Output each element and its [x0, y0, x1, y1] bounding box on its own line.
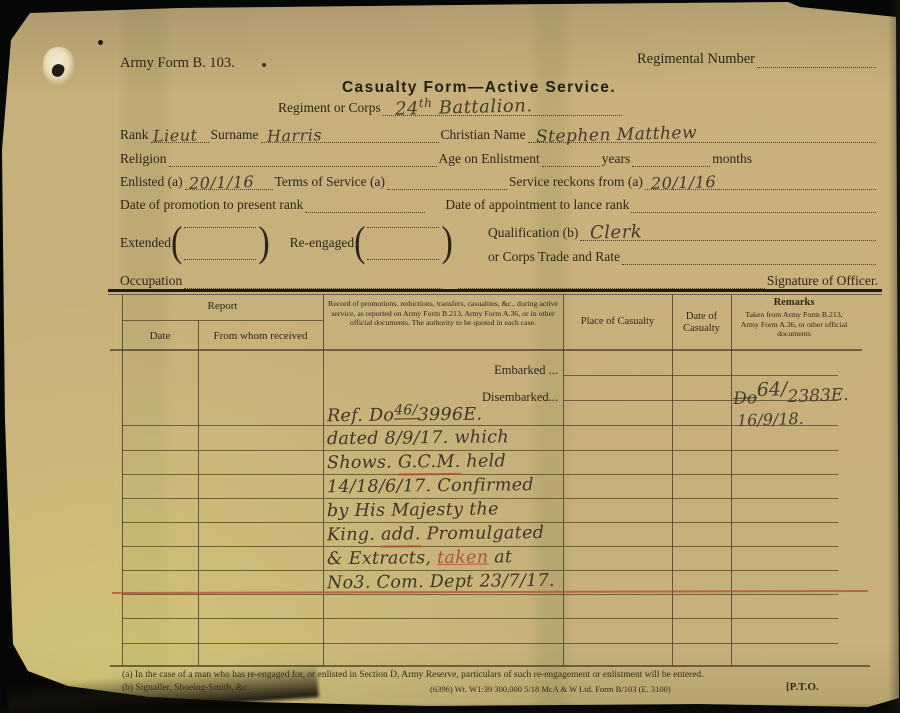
- regimental-number-row: Regimental Number: [637, 52, 878, 68]
- corps-trade-label: or Corps Trade and Rate: [488, 250, 620, 265]
- right-brace: ): [441, 224, 452, 262]
- pto-note: [P.T.O.: [786, 681, 819, 693]
- regiment-label: Regiment or Corps: [278, 101, 381, 116]
- service-reckons-value: 20/1/16: [651, 172, 717, 193]
- header-bottom-rule: [110, 349, 862, 351]
- record-entry-line: dated 8/9/17. which: [327, 427, 565, 449]
- record-entry-line: & Extracts, taken at: [327, 547, 565, 569]
- ink-speck: [262, 63, 266, 67]
- reengaged-label: Re-engaged: [290, 236, 354, 251]
- promotion-row: Date of promotion to present rank Date o…: [120, 198, 878, 213]
- religion-row: Religion Age on Enlistment years months: [120, 152, 878, 167]
- remarks-date: 16/9/18.: [737, 409, 804, 430]
- lance-blank: [631, 198, 876, 213]
- rank-label: Rank: [120, 128, 149, 143]
- regimental-number-label: Regimental Number: [637, 52, 755, 68]
- enlisted-label: Enlisted (a): [120, 175, 183, 190]
- rank-row: Rank Lieut Surname Harris Christian Name…: [120, 128, 878, 143]
- terms-blank: [387, 175, 507, 190]
- date-casualty-header: Date of Casualty: [672, 311, 731, 335]
- qualification-value: Clerk: [590, 221, 643, 243]
- ink-speck: [98, 40, 103, 45]
- printer-imprint: (6396) Wt. W1:39 300,000 5/18 McA & W Lt…: [430, 684, 671, 694]
- surname-blank: Harris: [261, 128, 439, 143]
- regimental-number-blank: [757, 53, 876, 68]
- table-top-rule: [108, 289, 882, 292]
- form-id: Army Form B. 103.: [120, 55, 235, 72]
- age-years-blank: [542, 152, 600, 167]
- table-bottom-rule: [110, 665, 870, 667]
- extended-label: Extended: [120, 236, 171, 251]
- qualification-blank: Clerk: [580, 226, 876, 241]
- surname-value: Harris: [266, 125, 322, 145]
- corps-trade-row: or Corps Trade and Rate: [488, 250, 878, 265]
- promotion-label: Date of promotion to present rank: [120, 198, 303, 213]
- ruled-line: [563, 375, 838, 376]
- terms-label: Terms of Service (a): [275, 175, 385, 190]
- service-reckons-label: Service reckons from (a): [509, 175, 643, 190]
- embarked-label: Embarked ...: [438, 363, 558, 378]
- enlisted-row: Enlisted (a) 20/1/16 Terms of Service (a…: [120, 175, 878, 190]
- promotion-blank: [305, 198, 425, 213]
- record-entry-line: King. add. Promulgated: [327, 523, 565, 545]
- surname-label: Surname: [211, 128, 259, 143]
- christian-name-label: Christian Name: [441, 128, 526, 143]
- record-entry-line: 14/18/6/17. Confirmed: [327, 475, 565, 497]
- occupation-row: Occupation Signature of Officer.: [120, 274, 878, 289]
- regiment-row: Regiment or Corps 24th Battalion.: [278, 101, 624, 116]
- enlisted-blank: 20/1/16: [185, 175, 273, 190]
- left-brace: (: [354, 224, 365, 262]
- left-brace: (: [171, 224, 182, 262]
- christian-name-blank: Stephen Matthew: [528, 128, 876, 143]
- col-divider-date: [198, 321, 199, 666]
- service-reckons-blank: 20/1/16: [645, 175, 876, 190]
- footnote-a: (a) In the case of a man who has re-enga…: [122, 670, 704, 680]
- reengaged-blanks: [367, 226, 439, 260]
- report-underline: [122, 320, 323, 321]
- age-label: Age on Enlistment: [439, 152, 540, 167]
- bottom-edge-shadow: [0, 703, 900, 713]
- lance-label: Date of appointment to lance rank: [445, 198, 629, 213]
- enlisted-value: 20/1/16: [188, 172, 254, 193]
- record-entry-line: Ref. Do46/3996E.: [327, 401, 565, 426]
- extended-blanks: [184, 226, 256, 260]
- table-top-rule-thin: [108, 294, 882, 295]
- religion-blank: [169, 152, 437, 167]
- remarks-reference: Do64/2383E.: [733, 376, 849, 409]
- ruled-line: [122, 618, 838, 619]
- occupation-label: Occupation: [120, 274, 182, 289]
- record-entry-line: No3. Com. Dept 23/7/17.: [327, 571, 565, 593]
- signature-label: Signature of Officer.: [767, 274, 878, 289]
- regiment-blank: 24th Battalion.: [383, 101, 622, 116]
- months-label: months: [712, 152, 752, 167]
- record-header: Record of promotions, reductions, transf…: [328, 299, 558, 328]
- remarks-subheader: Taken from Army Form B.213, Army Form A.…: [736, 310, 852, 339]
- record-entry-line: Shows. G.C.M. held: [327, 451, 565, 473]
- regiment-value: 24th Battalion.: [394, 93, 532, 120]
- years-label: years: [602, 152, 630, 167]
- religion-label: Religion: [120, 152, 167, 167]
- remarks-header: Remarks: [731, 297, 857, 309]
- report-header: Report: [122, 300, 323, 313]
- corps-trade-blank: [622, 250, 876, 265]
- right-brace: ): [258, 224, 269, 262]
- qualification-row: Qualification (b) Clerk: [488, 226, 878, 241]
- paper-edge-shadow: [888, 0, 900, 713]
- scanned-casualty-form-photo: Army Form B. 103. Regimental Number Casu…: [0, 0, 900, 713]
- rank-value: Lieut: [152, 125, 197, 145]
- date-header: Date: [122, 330, 198, 343]
- signature-blank: [458, 274, 765, 289]
- footnote-b: (b) Signaller, Shoeing-Smith, &c.: [122, 683, 250, 693]
- ruled-line: [122, 594, 838, 595]
- ruled-line: [122, 643, 838, 644]
- occupation-blank: [184, 274, 442, 289]
- christian-name-value: Stephen Matthew: [535, 123, 697, 147]
- rank-blank: Lieut: [151, 128, 209, 143]
- qualification-label: Qualification (b): [488, 226, 578, 241]
- age-months-blank: [632, 152, 710, 167]
- from-whom-header: From whom received: [198, 330, 323, 343]
- place-header: Place of Casualty: [563, 316, 672, 328]
- record-entry-line: by His Majesty the: [327, 499, 565, 521]
- ruled-line: [122, 425, 838, 426]
